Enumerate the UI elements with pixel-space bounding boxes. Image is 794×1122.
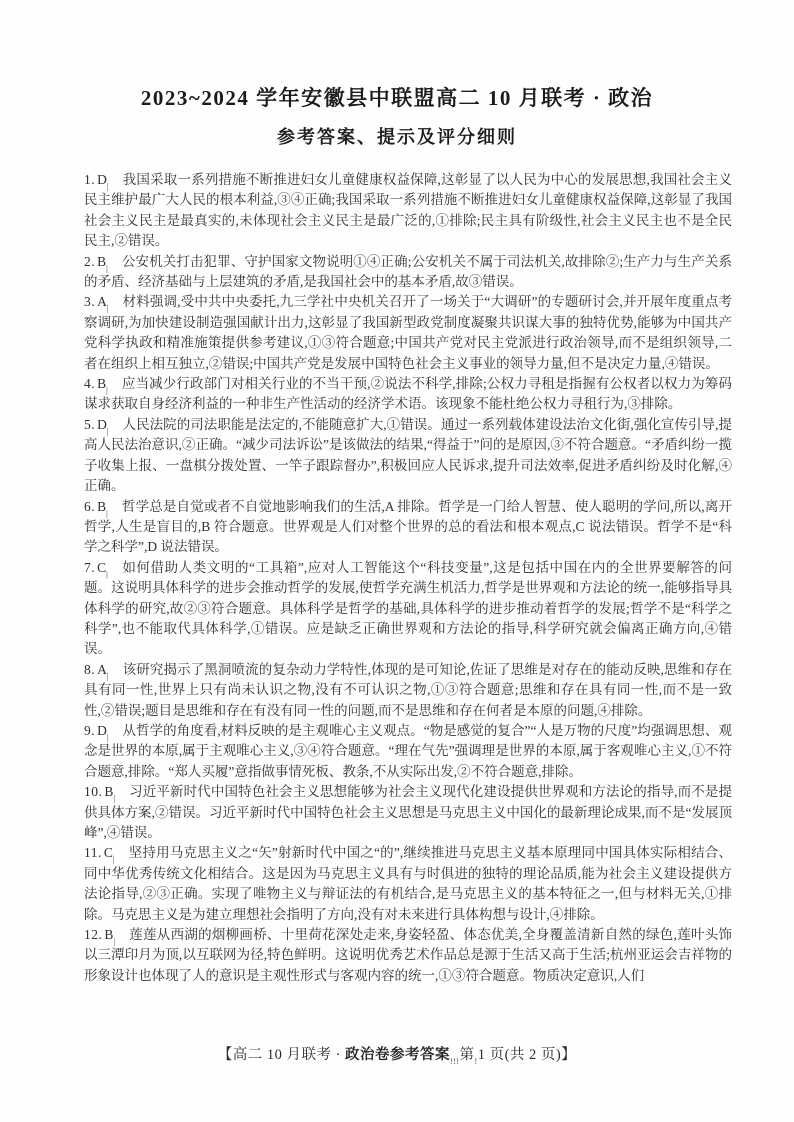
answer-list: 1.D|我国采取一系列措施不断推进妇女儿童健康权益保障,这彰显了以人民为中心的发… (84, 170, 732, 986)
item-number: 6. (84, 499, 95, 514)
footer-exam-label: 【高二 10 月联考 · (218, 1047, 345, 1063)
print-artifact-mark: | (107, 673, 109, 681)
print-artifact-mark: | (107, 305, 109, 313)
scanned-answer-key-page: 2023~2024 学年安徽县中联盟高二 10 月联考 · 政治 参考答案、提示… (0, 0, 794, 1122)
answer-item-5: 5.D|人民法院的司法职能是法定的,不能随意扩大,①错误。通过一系列载体建设法治… (84, 415, 732, 497)
print-artifact-mark: | (107, 428, 109, 436)
item-number: 2. (84, 254, 95, 269)
item-explanation: 习近平新时代中国特色社会主义思想能够为社会主义现代化建设提供世界观和方法论的指导… (84, 784, 732, 840)
answer-letter: A (97, 662, 107, 677)
item-explanation: 坚持用马克思主义之“矢”射新时代中国之“的”,继续推进马克思主义基本原理同中国具… (84, 845, 732, 921)
item-number: 5. (84, 417, 95, 432)
title-block: 2023~2024 学年安徽县中联盟高二 10 月联考 · 政治 参考答案、提示… (0, 0, 794, 149)
item-number: 10. (84, 784, 102, 799)
answer-letter: B (104, 784, 113, 799)
item-explanation: 公安机关打击犯罪、守护国家文物说明①④正确;公安机关不属于司法机关,故排除②;生… (84, 254, 732, 289)
answer-letter: C (104, 845, 113, 860)
item-explanation: 哲学总是自觉或者不自觉地影响我们的生活,A 排除。哲学是一门给人智慧、使人聪明的… (84, 499, 732, 555)
footer-answer-label: 政治卷参考答案 (345, 1047, 450, 1063)
answer-item-6: 6.B|哲学总是自觉或者不自觉地影响我们的生活,A 排除。哲学是一门给人智慧、使… (84, 497, 732, 558)
answer-letter: C (97, 560, 106, 575)
answer-item-8: 8.A|该研究揭示了黑洞喷流的复杂动力学特性,体现的是可知论,佐证了思维是对存在… (84, 660, 732, 721)
item-number: 3. (84, 294, 95, 309)
item-explanation: 我国采取一系列措施不断推进妇女儿童健康权益保障,这彰显了以人民为中心的发展思想,… (84, 172, 732, 248)
answer-item-10: 10.B|习近平新时代中国特色社会主义思想能够为社会主义现代化建设提供世界观和方… (84, 782, 732, 843)
answer-item-1: 1.D|我国采取一系列措施不断推进妇女儿童健康权益保障,这彰显了以人民为中心的发… (84, 170, 732, 252)
print-artifact-mark: | (106, 265, 108, 273)
answer-letter: D (97, 417, 107, 432)
item-number: 1. (84, 172, 95, 187)
answer-letter: D (97, 723, 107, 738)
print-artifact-mark: | (107, 734, 109, 742)
answer-letter: D (97, 172, 107, 187)
item-explanation: 如何借助人类文明的“工具箱”,应对人工智能这个“科技变量”,这是包括中国在内的全… (84, 560, 732, 657)
footer-page-number: 1 页(共 2 页)】 (478, 1047, 577, 1063)
item-number: 9. (84, 723, 95, 738)
print-artifact-mark: | (106, 387, 108, 395)
page-title: 2023~2024 学年安徽县中联盟高二 10 月联考 · 政治 (0, 82, 794, 112)
item-explanation: 应当减少行政部门对相关行业的不当干预,②说法不科学,排除;公权力寻租是指握有公权… (84, 376, 732, 411)
item-number: 11. (84, 845, 102, 860)
print-artifact-mark: | (113, 856, 115, 864)
print-artifact-mark: | (107, 183, 109, 191)
answer-item-11: 11.C|坚持用马克思主义之“矢”射新时代中国之“的”,继续推进马克思主义基本原… (84, 843, 732, 925)
answer-letter: B (97, 376, 106, 391)
item-explanation: 人民法院的司法职能是法定的,不能随意扩大,①错误。通过一系列载体建设法治文化街,… (84, 417, 732, 493)
item-number: 4. (84, 376, 95, 391)
item-number: 8. (84, 662, 95, 677)
answer-letter: A (97, 294, 107, 309)
answer-letter: B (104, 927, 113, 942)
answer-item-3: 3.A|材料强调,受中共中央委托,九三学社中央机关召开了一场关于“大调研”的专题… (84, 292, 732, 374)
page-footer: 【高二 10 月联考 · 政治卷参考答案!!!第!1 页(共 2 页)】 (0, 1043, 794, 1064)
item-number: 7. (84, 560, 95, 575)
print-artifact-mark: !!! (450, 1058, 460, 1066)
print-artifact-mark: | (113, 938, 115, 946)
item-explanation: 从哲学的角度看,材料反映的是主观唯心主义观点。“物是感觉的复合”“人是万物的尺度… (84, 723, 732, 779)
answer-item-12: 12.B|莲莲从西湖的烟柳画桥、十里荷花深处走来,身姿轻盈、体态优美,全身覆盖清… (84, 925, 732, 986)
print-artifact-mark: | (106, 571, 108, 579)
item-explanation: 该研究揭示了黑洞喷流的复杂动力学特性,体现的是可知论,佐证了思维是对存在的能动反… (84, 662, 732, 718)
answer-letter: B (97, 499, 106, 514)
answer-item-2: 2.B|公安机关打击犯罪、守护国家文物说明①④正确;公安机关不属于司法机关,故排… (84, 252, 732, 293)
item-explanation: 材料强调,受中共中央委托,九三学社中央机关召开了一场关于“大调研”的专题研讨会,… (84, 294, 732, 370)
item-number: 12. (84, 927, 102, 942)
answer-item-4: 4.B|应当减少行政部门对相关行业的不当干预,②说法不科学,排除;公权力寻租是指… (84, 374, 732, 415)
footer-page-word: 第 (460, 1047, 475, 1063)
item-explanation: 莲莲从西湖的烟柳画桥、十里荷花深处走来,身姿轻盈、体态优美,全身覆盖清新自然的绿… (84, 927, 732, 983)
print-artifact-mark: | (106, 510, 108, 518)
answer-item-9: 9.D|从哲学的角度看,材料反映的是主观唯心主义观点。“物是感觉的复合”“人是万… (84, 721, 732, 782)
print-artifact-mark: | (113, 795, 115, 803)
answer-item-7: 7.C|如何借助人类文明的“工具箱”,应对人工智能这个“科技变量”,这是包括中国… (84, 558, 732, 660)
answer-letter: B (97, 254, 106, 269)
page-subtitle: 参考答案、提示及评分细则 (0, 123, 794, 149)
print-artifact-mark: ! (475, 1058, 478, 1066)
